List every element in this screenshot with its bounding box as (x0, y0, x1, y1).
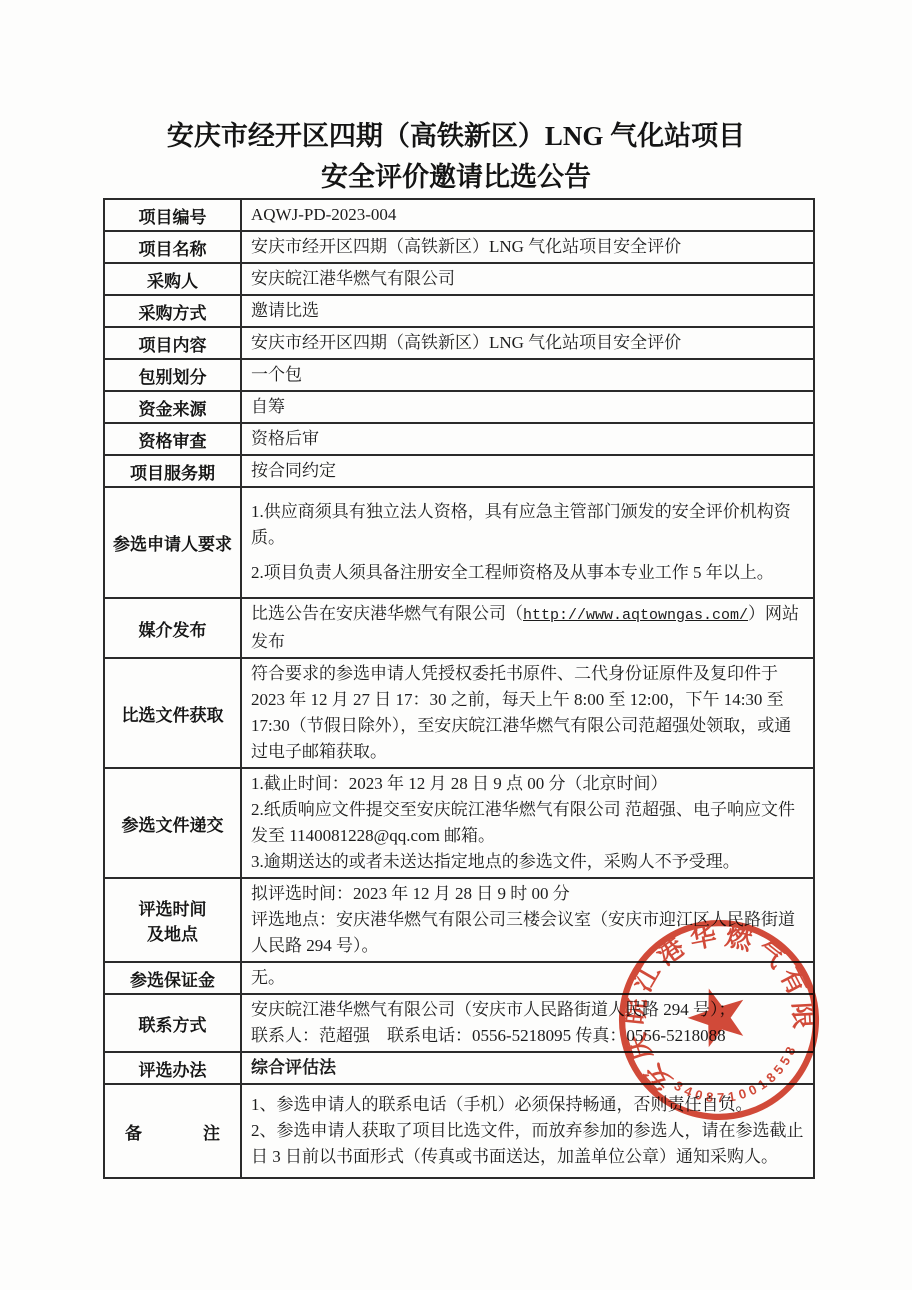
remark-line: 2、参选申请人获取了项目比选文件，而放弃参加的参选人，请在参选截止日 3 日前以… (251, 1118, 807, 1170)
row-label: 项目编号 (104, 199, 241, 231)
submit-line: 2.纸质响应文件提交至安庆皖江港华燃气有限公司 范超强、电子响应文件发至 114… (251, 797, 807, 849)
contact-line: 联系人：范超强 联系电话：0556-5218095 传真：0556-521808… (251, 1023, 807, 1049)
row-value: 资格后审 (241, 423, 814, 455)
row-remarks: 备 注 1、参选申请人的联系电话（手机）必须保持畅通，否则责任自负。 2、参选申… (104, 1084, 814, 1178)
row-value: AQWJ-PD-2023-004 (241, 199, 814, 231)
row-purchaser: 采购人 安庆皖江港华燃气有限公司 (104, 263, 814, 295)
announcement-table: 项目编号 AQWJ-PD-2023-004 项目名称 安庆市经开区四期（高铁新区… (103, 198, 815, 1179)
row-label-char: 备 (125, 1119, 142, 1144)
remark-line: 1、参选申请人的联系电话（手机）必须保持畅通，否则责任自负。 (251, 1092, 807, 1118)
document-page: 安庆市经开区四期（高铁新区）LNG 气化站项目 安全评价邀请比选公告 项目编号 … (0, 0, 912, 1290)
row-label: 项目内容 (104, 327, 241, 359)
row-method: 采购方式 邀请比选 (104, 295, 814, 327)
website-link: http://www.aqtowngas.com/ (523, 607, 748, 624)
row-qualification: 资格审查 资格后审 (104, 423, 814, 455)
row-service-period: 项目服务期 按合同约定 (104, 455, 814, 487)
row-label: 备 注 (104, 1084, 241, 1178)
row-label: 联系方式 (104, 994, 241, 1052)
row-content: 项目内容 安庆市经开区四期（高铁新区）LNG 气化站项目安全评价 (104, 327, 814, 359)
row-doc-obtain: 比选文件获取 符合要求的参选申请人凭授权委托书原件、二代身份证原件及复印件于 2… (104, 658, 814, 768)
row-label: 参选申请人要求 (104, 487, 241, 598)
row-label: 项目名称 (104, 231, 241, 263)
row-value: 安庆市经开区四期（高铁新区）LNG 气化站项目安全评价 (241, 327, 814, 359)
row-label: 参选文件递交 (104, 768, 241, 878)
row-value: 无。 (241, 962, 814, 994)
submit-line: 3.逾期送达的或者未送达指定地点的参选文件，采购人不予受理。 (251, 849, 807, 875)
row-value: 按合同约定 (241, 455, 814, 487)
row-doc-submit: 参选文件递交 1.截止时间：2023 年 12 月 28 日 9 点 00 分（… (104, 768, 814, 878)
eval-line: 拟评选时间：2023 年 12 月 28 日 9 时 00 分 (251, 881, 807, 907)
contact-line: 安庆皖江港华燃气有限公司（安庆市人民路街道人民路 294 号）； (251, 997, 807, 1023)
row-value: 安庆皖江港华燃气有限公司 (241, 263, 814, 295)
row-value: 自筹 (241, 391, 814, 423)
row-label: 项目服务期 (104, 455, 241, 487)
row-label-line: 及地点 (109, 920, 236, 945)
requirement-line: 1.供应商须具有独立法人资格，具有应急主管部门颁发的安全评价机构资质。 (251, 499, 807, 551)
row-packages: 包别划分 一个包 (104, 359, 814, 391)
eval-line: 评选地点：安庆港华燃气有限公司三楼会议室（安庆市迎江区人民路街道人民路 294 … (251, 907, 807, 959)
requirement-line: 2.项目负责人须具备注册安全工程师资格及从事本专业工作 5 年以上。 (251, 560, 807, 586)
row-label: 媒介发布 (104, 598, 241, 658)
row-label: 包别划分 (104, 359, 241, 391)
row-value: 比选公告在安庆港华燃气有限公司（http://www.aqtowngas.com… (241, 598, 814, 658)
row-value: 符合要求的参选申请人凭授权委托书原件、二代身份证原件及复印件于 2023 年 1… (241, 658, 814, 768)
row-project-no: 项目编号 AQWJ-PD-2023-004 (104, 199, 814, 231)
submit-line: 1.截止时间：2023 年 12 月 28 日 9 点 00 分（北京时间） (251, 771, 807, 797)
row-label: 评选办法 (104, 1052, 241, 1084)
page-title: 安庆市经开区四期（高铁新区）LNG 气化站项目 安全评价邀请比选公告 (0, 116, 912, 198)
row-value: 1.供应商须具有独立法人资格，具有应急主管部门颁发的安全评价机构资质。 2.项目… (241, 487, 814, 598)
row-contact: 联系方式 安庆皖江港华燃气有限公司（安庆市人民路街道人民路 294 号）； 联系… (104, 994, 814, 1052)
row-project-name: 项目名称 安庆市经开区四期（高铁新区）LNG 气化站项目安全评价 (104, 231, 814, 263)
row-media: 媒介发布 比选公告在安庆港华燃气有限公司（http://www.aqtownga… (104, 598, 814, 658)
row-label-line: 评选时间 (109, 895, 236, 920)
row-value: 拟评选时间：2023 年 12 月 28 日 9 时 00 分 评选地点：安庆港… (241, 878, 814, 962)
media-text-prefix: 比选公告在安庆港华燃气有限公司（ (251, 604, 523, 623)
title-line-2: 安全评价邀请比选公告 (0, 157, 912, 198)
row-value: 1.截止时间：2023 年 12 月 28 日 9 点 00 分（北京时间） 2… (241, 768, 814, 878)
row-label-char: 注 (203, 1119, 220, 1144)
doc-obtain-text: 符合要求的参选申请人凭授权委托书原件、二代身份证原件及复印件于 2023 年 1… (251, 661, 807, 765)
row-label: 资格审查 (104, 423, 241, 455)
row-funding: 资金来源 自筹 (104, 391, 814, 423)
row-value: 1、参选申请人的联系电话（手机）必须保持畅通，否则责任自负。 2、参选申请人获取… (241, 1084, 814, 1178)
row-value: 安庆皖江港华燃气有限公司（安庆市人民路街道人民路 294 号）； 联系人：范超强… (241, 994, 814, 1052)
row-eval-method: 评选办法 综合评估法 (104, 1052, 814, 1084)
row-label: 采购人 (104, 263, 241, 295)
row-value: 邀请比选 (241, 295, 814, 327)
row-label: 比选文件获取 (104, 658, 241, 768)
title-line-1: 安庆市经开区四期（高铁新区）LNG 气化站项目 (0, 116, 912, 157)
row-label: 参选保证金 (104, 962, 241, 994)
row-label: 采购方式 (104, 295, 241, 327)
row-value: 一个包 (241, 359, 814, 391)
row-value: 综合评估法 (241, 1052, 814, 1084)
row-value: 安庆市经开区四期（高铁新区）LNG 气化站项目安全评价 (241, 231, 814, 263)
row-eval-time-place: 评选时间 及地点 拟评选时间：2023 年 12 月 28 日 9 时 00 分… (104, 878, 814, 962)
row-applicant-requirements: 参选申请人要求 1.供应商须具有独立法人资格，具有应急主管部门颁发的安全评价机构… (104, 487, 814, 598)
row-label: 资金来源 (104, 391, 241, 423)
row-label: 评选时间 及地点 (104, 878, 241, 962)
row-deposit: 参选保证金 无。 (104, 962, 814, 994)
